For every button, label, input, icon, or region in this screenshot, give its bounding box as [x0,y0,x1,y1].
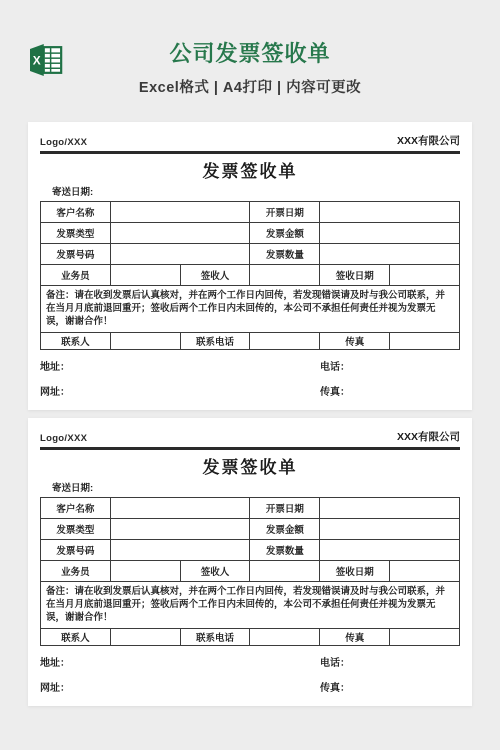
table-row: 发票号码 发票数量 [41,540,460,561]
contact-row: 联系人 联系电话 传真 [41,629,460,646]
cell-label: 传真 [320,333,390,350]
excel-icon: X [30,42,63,78]
phone-label: 电话： [320,358,350,373]
remark-text: 备注：请在收到发票后认真核对，并在两个工作日内回传，若发现错误请及时与我公司联系… [41,286,460,333]
receipt-card: Logo/XXX XXX有限公司 发票签收单 寄送日期: 客户名称 开票日期 发… [28,418,472,706]
cell-value [110,561,180,582]
svg-text:X: X [33,54,41,68]
cell-label: 发票数量 [250,540,320,561]
cell-value [110,223,250,244]
cell-value [250,265,320,286]
cell-label: 发票类型 [41,223,111,244]
cell-value [320,540,460,561]
header-divider [40,151,460,154]
cell-label: 联系电话 [180,629,250,646]
remark-text: 备注：请在收到发票后认真核对，并在两个工作日内回传，若发现错误请及时与我公司联系… [41,582,460,629]
table-row: 客户名称 开票日期 [41,498,460,519]
remark-row: 备注：请在收到发票后认真核对，并在两个工作日内回传，若发现错误请及时与我公司联系… [41,582,460,629]
cell-label: 签收人 [180,561,250,582]
cell-value [390,561,460,582]
sign-row: 业务员 签收人 签收日期 [41,265,460,286]
company-name: XXX有限公司 [397,133,460,148]
cell-value [110,629,180,646]
cell-value [110,265,180,286]
cell-value [250,629,320,646]
cell-value [110,333,180,350]
table-row: 发票号码 发票数量 [41,244,460,265]
cell-label: 发票类型 [41,519,111,540]
header-divider [40,447,460,450]
page-subtitle: Excel格式 | A4打印 | 内容可更改 [0,76,500,97]
cell-label: 发票号码 [41,244,111,265]
form-title: 发票签收单 [40,157,460,182]
cell-value [110,202,250,223]
contact-row: 联系人 联系电话 传真 [41,333,460,350]
card-header: Logo/XXX XXX有限公司 [40,426,460,447]
phone-label: 电话： [320,654,350,669]
cell-label: 客户名称 [41,202,111,223]
sign-row: 业务员 签收人 签收日期 [41,561,460,582]
remark-row: 备注：请在收到发票后认真核对，并在两个工作日内回传，若发现错误请及时与我公司联系… [41,286,460,333]
website-fax-line: 网址： 传真： [40,679,460,694]
send-date-label: 寄送日期: [52,184,460,198]
cell-value [320,498,460,519]
receipt-cards: Logo/XXX XXX有限公司 发票签收单 寄送日期: 客户名称 开票日期 发… [28,122,472,706]
fax-label: 传真： [320,679,350,694]
cell-label: 联系人 [41,333,111,350]
cell-value [110,519,250,540]
cell-value [390,629,460,646]
cell-value [110,244,250,265]
cell-value [110,498,250,519]
cell-value [250,561,320,582]
cell-label: 开票日期 [250,202,320,223]
cell-label: 开票日期 [250,498,320,519]
cell-value [320,223,460,244]
card-header: Logo/XXX XXX有限公司 [40,130,460,151]
page-background: { "page": { "background": "#ededed", "ac… [0,0,500,750]
fax-label: 传真： [320,383,350,398]
cell-value [110,540,250,561]
invoice-table: 客户名称 开票日期 发票类型 发票金额 发票号码 发票数量 [40,497,460,646]
table-row: 客户名称 开票日期 [41,202,460,223]
address-phone-line: 地址： 电话： [40,358,460,373]
cell-value [390,333,460,350]
website-fax-line: 网址： 传真： [40,383,460,398]
form-title: 发票签收单 [40,453,460,478]
cell-value [390,265,460,286]
logo-placeholder: Logo/XXX [40,433,87,444]
cell-value [320,202,460,223]
address-label: 地址： [40,654,320,669]
cell-label: 联系人 [41,629,111,646]
address-phone-line: 地址： 电话： [40,654,460,669]
logo-placeholder: Logo/XXX [40,137,87,148]
website-label: 网址： [40,679,320,694]
table-row: 发票类型 发票金额 [41,519,460,540]
cell-label: 发票金额 [250,519,320,540]
send-date-label: 寄送日期: [52,480,460,494]
cell-label: 传真 [320,629,390,646]
page-header: X 公司发票签收单 Excel格式 | A4打印 | 内容可更改 [0,0,500,122]
cell-label: 签收日期 [320,561,390,582]
cell-value [320,244,460,265]
company-name: XXX有限公司 [397,429,460,444]
cell-label: 联系电话 [180,333,250,350]
invoice-table: 客户名称 开票日期 发票类型 发票金额 发票号码 发票数量 [40,201,460,350]
cell-value [250,333,320,350]
cell-label: 业务员 [41,265,111,286]
cell-label: 发票号码 [41,540,111,561]
table-row: 发票类型 发票金额 [41,223,460,244]
address-label: 地址： [40,358,320,373]
receipt-card: Logo/XXX XXX有限公司 发票签收单 寄送日期: 客户名称 开票日期 发… [28,122,472,410]
website-label: 网址： [40,383,320,398]
cell-label: 发票金额 [250,223,320,244]
cell-label: 客户名称 [41,498,111,519]
cell-label: 发票数量 [250,244,320,265]
cell-value [320,519,460,540]
cell-label: 业务员 [41,561,111,582]
page-title: 公司发票签收单 [0,40,500,67]
cell-label: 签收日期 [320,265,390,286]
cell-label: 签收人 [180,265,250,286]
